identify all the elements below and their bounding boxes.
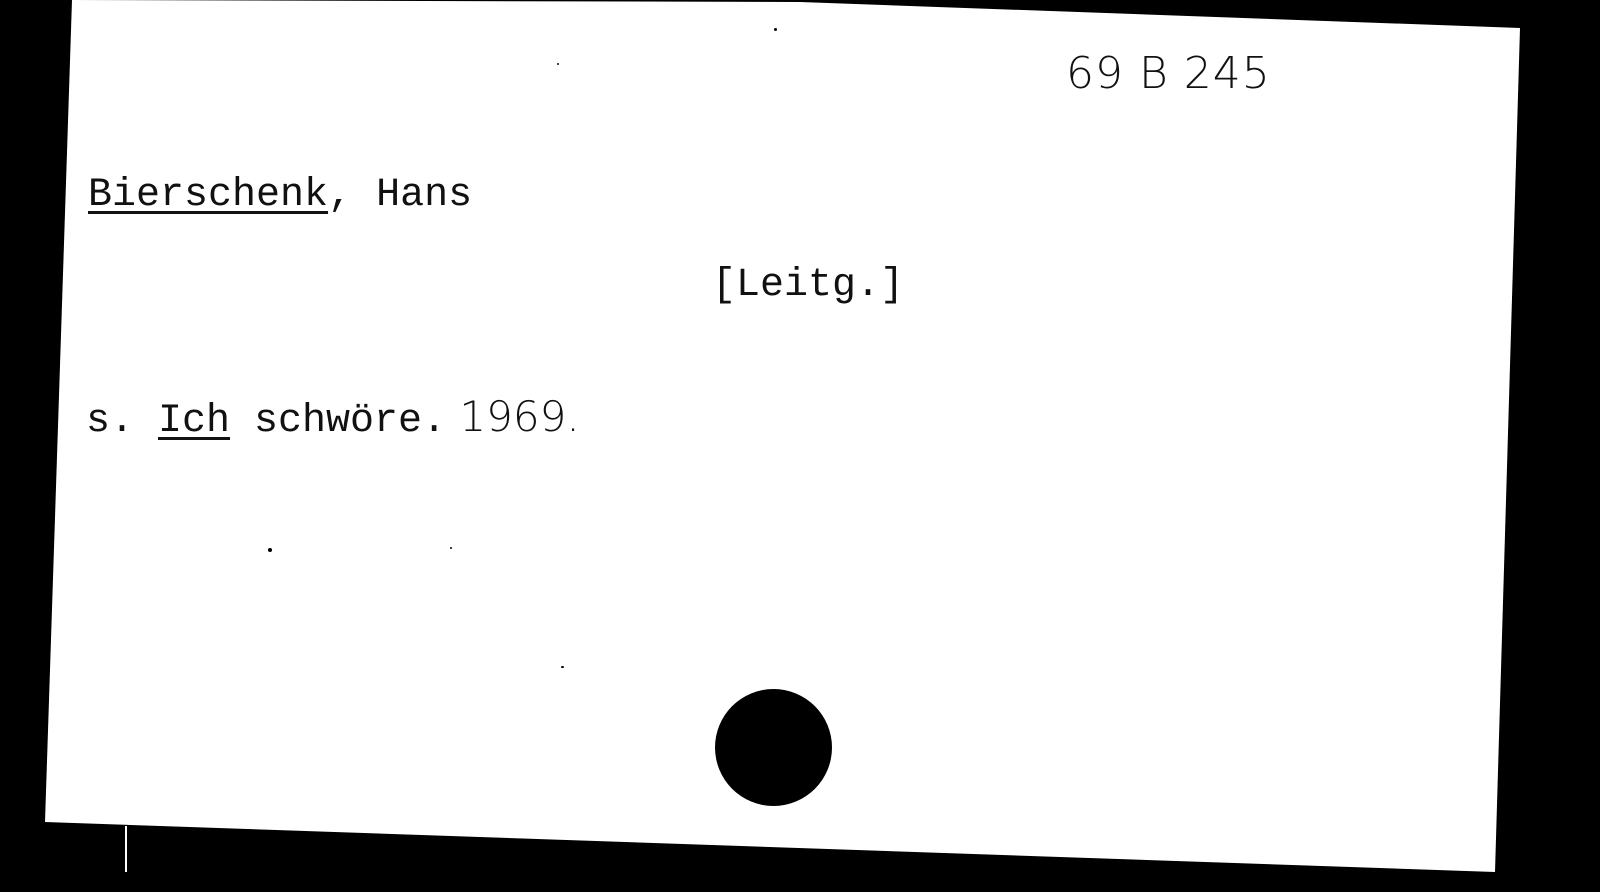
reference-year: 1969. bbox=[446, 392, 580, 441]
reference-title-keyword: Ich bbox=[158, 399, 230, 444]
call-number: 69 B 245 bbox=[1066, 52, 1271, 96]
heading-separator: , bbox=[328, 173, 352, 218]
author-surname: Bierschenk bbox=[88, 173, 328, 218]
speck-mark bbox=[268, 548, 272, 552]
reference-prefix: s. bbox=[86, 399, 158, 444]
reference-title-rest: schwöre. bbox=[230, 399, 446, 444]
punch-hole bbox=[715, 689, 832, 806]
speck-mark bbox=[557, 63, 559, 65]
author-heading: Bierschenk, Hans bbox=[88, 176, 472, 216]
role-qualifier: [Leitg.] bbox=[712, 266, 904, 306]
author-given-name: Hans bbox=[352, 173, 472, 218]
speck-mark bbox=[450, 547, 452, 549]
see-reference: s. Ich schwöre. 1969. bbox=[86, 396, 580, 442]
scan-stage: 69 B 245 Bierschenk, Hans [Leitg.] s. Ic… bbox=[0, 0, 1600, 892]
scan-edge-mark bbox=[125, 826, 127, 872]
speck-mark bbox=[561, 666, 564, 668]
speck-mark bbox=[774, 28, 777, 31]
